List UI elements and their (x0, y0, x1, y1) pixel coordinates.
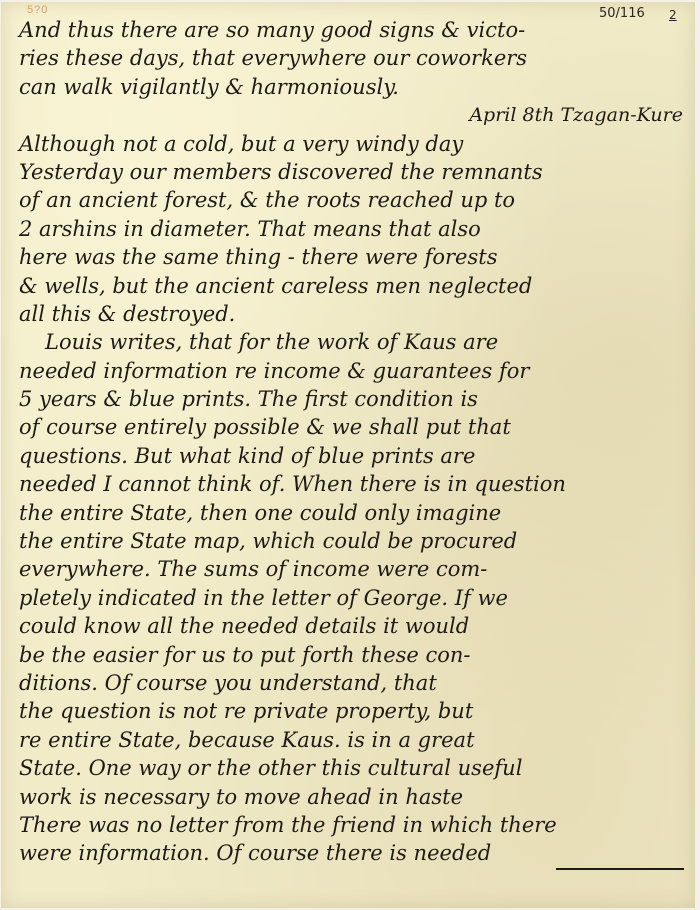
text-line: needed I cannot think of. When there is … (19, 470, 689, 498)
text-line: all this & destroyed. (19, 300, 689, 328)
text-line: be the easier for us to put forth these … (19, 641, 689, 669)
text-line: ries these days, that everywhere our cow… (19, 44, 689, 72)
ink-underline (556, 868, 684, 870)
text-line: State. One way or the other this cultura… (19, 754, 689, 782)
text-line: Although not a cold, but a very windy da… (19, 130, 689, 158)
text-line: Louis writes, that for the work of Kaus … (19, 328, 689, 356)
text-line: re entire State, because Kaus. is in a g… (19, 726, 689, 754)
text-line: the entire State, then one could only im… (19, 499, 689, 527)
date-heading: April 8th Tzagan-Kure (19, 101, 689, 129)
archive-stamp: 5?0 (27, 4, 48, 16)
handwritten-text: And thus there are so many good signs & … (19, 16, 689, 868)
text-line: of course entirely possible & we shall p… (19, 413, 689, 441)
text-line: & wells, but the ancient careless men ne… (19, 272, 689, 300)
text-line: Yesterday our members discovered the rem… (19, 158, 689, 186)
text-line: could know all the needed details it wou… (19, 612, 689, 640)
text-line: were information. Of course there is nee… (19, 839, 689, 867)
text-line: the question is not re private property,… (19, 697, 689, 725)
text-line: 2 arshins in diameter. That means that a… (19, 215, 689, 243)
text-line: And thus there are so many good signs & … (19, 16, 689, 44)
text-line: needed information re income & guarantee… (19, 357, 689, 385)
text-line: work is necessary to move ahead in haste (19, 783, 689, 811)
text-line: everywhere. The sums of income were com- (19, 555, 689, 583)
text-line: of an ancient forest, & the roots reache… (19, 186, 689, 214)
text-line: There was no letter from the friend in w… (19, 811, 689, 839)
text-line: ditions. Of course you understand, that (19, 669, 689, 697)
letter-page: 5?0 50/116 2 And thus there are so many … (1, 2, 695, 908)
text-line: here was the same thing - there were for… (19, 243, 689, 271)
text-line: the entire State map, which could be pro… (19, 527, 689, 555)
text-line: can walk vigilantly & harmoniously. (19, 73, 689, 101)
text-line: questions. But what kind of blue prints … (19, 442, 689, 470)
text-line: pletely indicated in the letter of Georg… (19, 584, 689, 612)
text-line: 5 years & blue prints. The first conditi… (19, 385, 689, 413)
